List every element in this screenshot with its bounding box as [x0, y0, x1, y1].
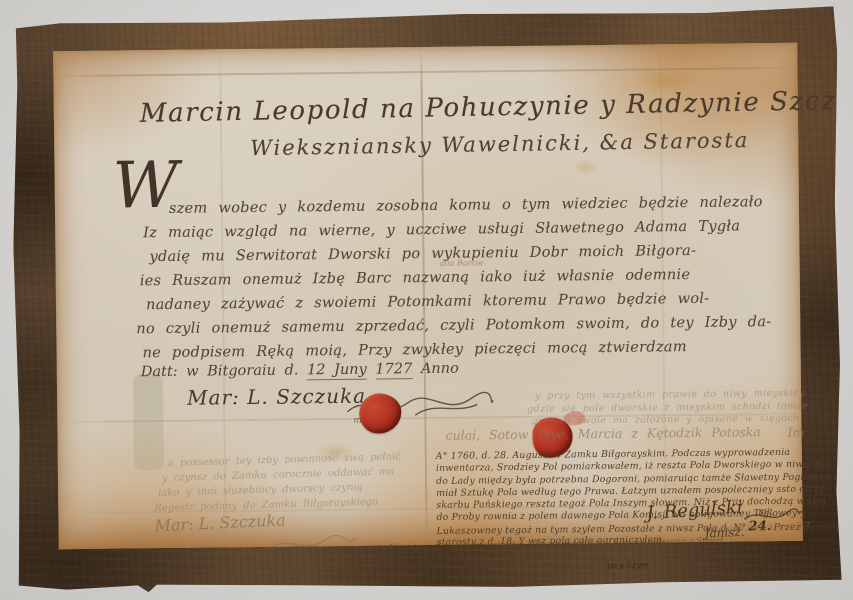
parchment-document: Marcin Leopold na Pohuczynie y Radzynie …: [11, 6, 844, 593]
annotation-1760-block: A° 1760. d. 28. Augusti w Zamku Biłgoray…: [436, 446, 853, 549]
faint-signature-flourish: [267, 532, 357, 557]
date-prefix: Datt: w Bitgoraiu d.: [141, 362, 299, 380]
date-year: 1727: [375, 361, 412, 379]
regulski-mi: mi.: [758, 507, 772, 517]
interlinear-note: alia Barcie: [440, 258, 484, 267]
date-suffix: Anno: [421, 361, 459, 377]
date-day: 12 Juny: [307, 362, 367, 381]
faint-flourish-mark: Im: [787, 425, 804, 440]
photo-background: Marcin Leopold na Pohuczynie y Radzynie …: [0, 0, 853, 600]
date-line: Datt: w Bitgoraiu d. 12 Juny 1727 Anno: [141, 361, 459, 381]
starosta-signature: Mar: L. Szczuka: [187, 384, 366, 410]
border-scribble: po y Szym: [607, 560, 649, 570]
